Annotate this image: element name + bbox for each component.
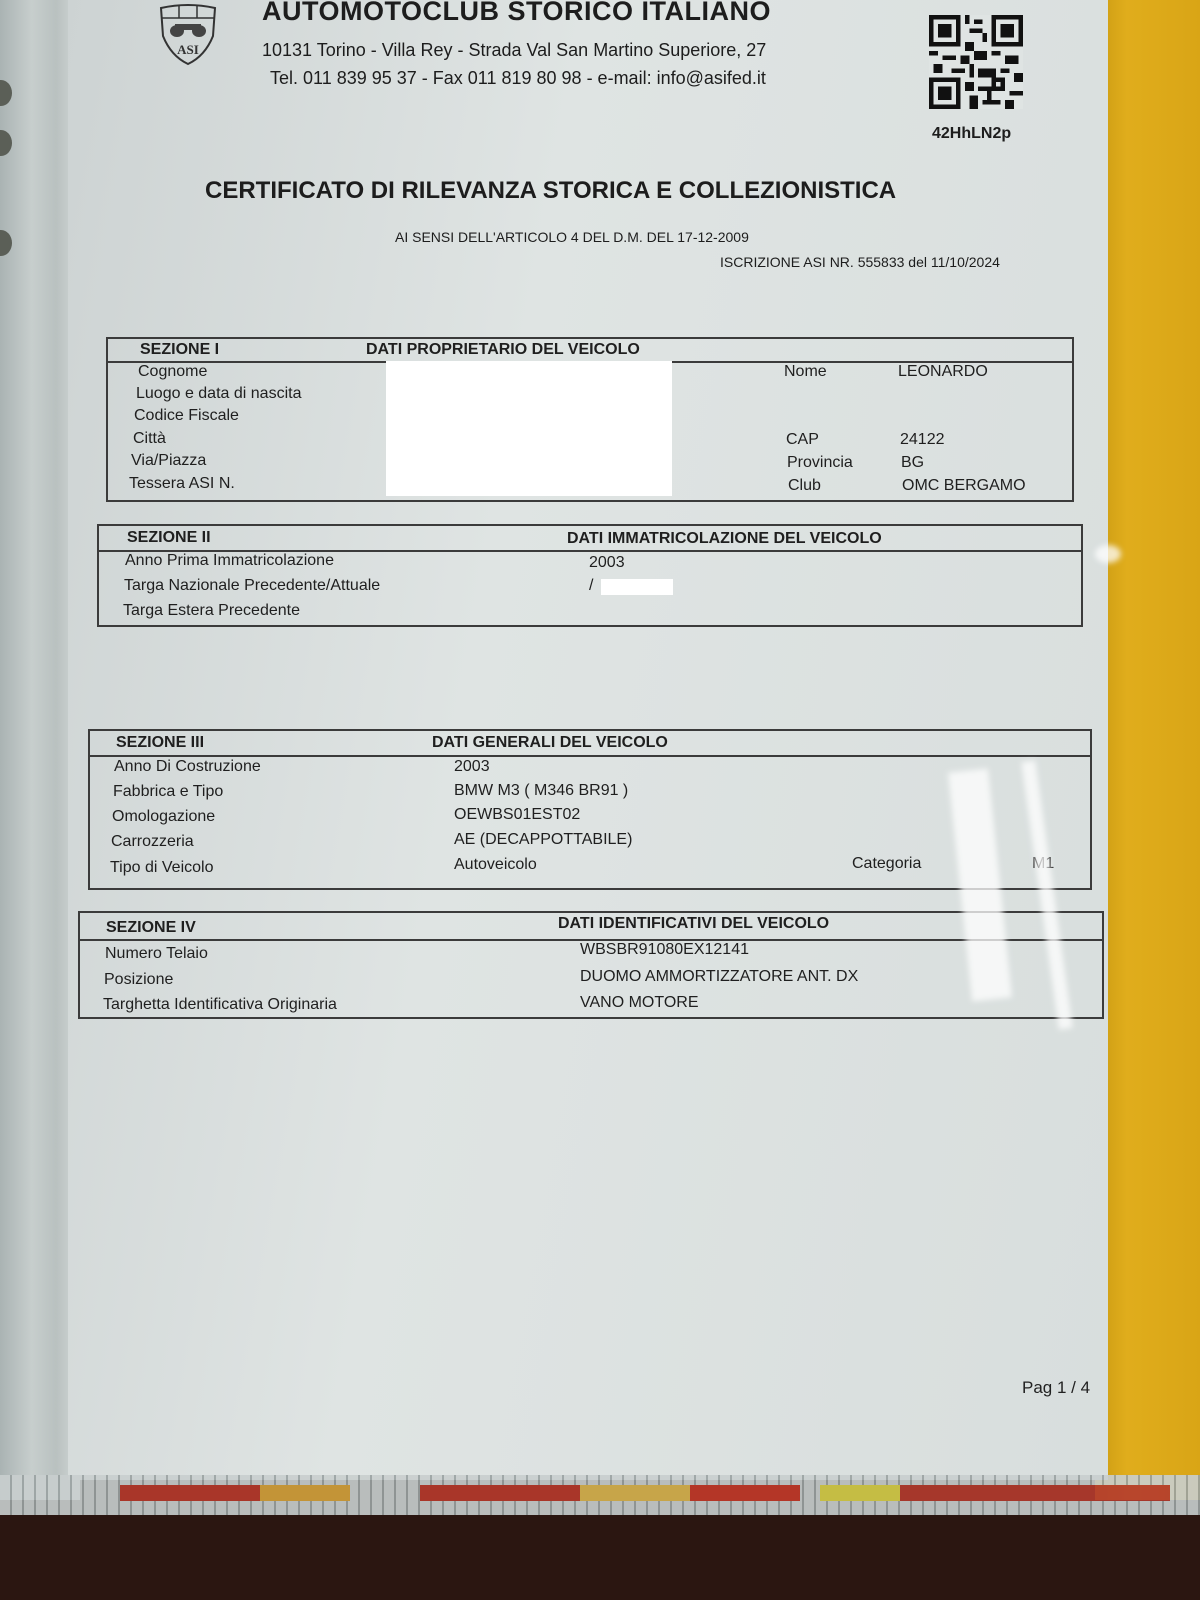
field-value: Autoveicolo bbox=[454, 856, 537, 874]
field-value: AE (DECAPPOTTABILE) bbox=[454, 831, 632, 849]
field-label: Tipo di Veicolo bbox=[110, 859, 213, 877]
field-value: LEONARDO bbox=[898, 363, 988, 381]
org-address: 10131 Torino - Villa Rey - Strada Val Sa… bbox=[262, 40, 766, 61]
field-value: BG bbox=[901, 454, 924, 472]
field-label: Cognome bbox=[138, 363, 207, 381]
field-value: / bbox=[589, 577, 593, 595]
section-title: DATI IMMATRICOLAZIONE DEL VEICOLO bbox=[567, 530, 882, 548]
field-label: Targhetta Identificativa Originaria bbox=[103, 996, 337, 1014]
section-title: DATI PROPRIETARIO DEL VEICOLO bbox=[366, 341, 640, 359]
field-value: WBSBR91080EX12141 bbox=[580, 941, 749, 959]
asi-logo-icon: ASI bbox=[155, 2, 221, 66]
binder-hole bbox=[0, 130, 12, 156]
field-value: OMC BERGAMO bbox=[902, 477, 1026, 495]
field-label: Posizione bbox=[104, 971, 173, 989]
field-label: Anno Di Costruzione bbox=[114, 758, 261, 776]
org-contacts: Tel. 011 839 95 37 - Fax 011 819 80 98 -… bbox=[270, 68, 766, 89]
legal-reference: AI SENSI DELL'ARTICOLO 4 DEL D.M. DEL 17… bbox=[395, 229, 749, 245]
field-label: Targa Nazionale Precedente/Attuale bbox=[124, 577, 380, 595]
registration-number: ISCRIZIONE ASI NR. 555833 del 11/10/2024 bbox=[720, 254, 1000, 270]
glare bbox=[1095, 545, 1121, 563]
svg-text:ASI: ASI bbox=[177, 42, 199, 57]
field-value: VANO MOTORE bbox=[580, 994, 699, 1012]
section-4-identification: SEZIONE IV DATI IDENTIFICATIVI DEL VEICO… bbox=[78, 911, 1104, 1019]
qr-code-icon bbox=[925, 15, 1027, 109]
field-label: Fabbrica e Tipo bbox=[113, 783, 223, 801]
field-label: Tessera ASI N. bbox=[129, 475, 235, 493]
field-label: Omologazione bbox=[112, 808, 215, 826]
section-label: SEZIONE IV bbox=[106, 919, 196, 937]
org-name: AUTOMOTOCLUB STORICO ITALIANO bbox=[262, 0, 771, 27]
desk-surface bbox=[0, 1515, 1200, 1600]
field-value: OEWBS01EST02 bbox=[454, 806, 580, 824]
section-label: SEZIONE II bbox=[127, 529, 211, 547]
section-3-general: SEZIONE III DATI GENERALI DEL VEICOLO An… bbox=[88, 729, 1092, 890]
section-title: DATI IDENTIFICATIVI DEL VEICOLO bbox=[558, 915, 829, 933]
section-2-registration: SEZIONE II DATI IMMATRICOLAZIONE DEL VEI… bbox=[97, 524, 1083, 627]
field-label: Targa Estera Precedente bbox=[123, 602, 300, 620]
field-value: 2003 bbox=[589, 554, 625, 572]
field-value: DUOMO AMMORTIZZATORE ANT. DX bbox=[580, 968, 858, 986]
section-title: DATI GENERALI DEL VEICOLO bbox=[432, 734, 668, 752]
redacted-owner-data bbox=[386, 361, 672, 496]
page-indicator: Pag 1 / 4 bbox=[1022, 1378, 1090, 1398]
section-label: SEZIONE III bbox=[116, 734, 204, 752]
field-label: Provincia bbox=[787, 454, 853, 472]
section-label: SEZIONE I bbox=[140, 341, 219, 359]
field-label: Città bbox=[133, 430, 166, 448]
binder-hole bbox=[0, 80, 12, 106]
yellow-folder bbox=[1095, 0, 1200, 1500]
field-label: Carrozzeria bbox=[111, 833, 194, 851]
section-1-owner: SEZIONE I DATI PROPRIETARIO DEL VEICOLO … bbox=[106, 337, 1074, 502]
field-value: 24122 bbox=[900, 431, 945, 449]
document-title: CERTIFICATO DI RILEVANZA STORICA E COLLE… bbox=[205, 177, 896, 205]
field-label: Nome bbox=[784, 363, 827, 381]
redacted-plate bbox=[601, 579, 673, 595]
field-value: 2003 bbox=[454, 758, 490, 776]
category-label: Categoria bbox=[852, 855, 921, 873]
field-label: Via/Piazza bbox=[131, 452, 206, 470]
binder-hole bbox=[0, 230, 12, 256]
field-label: Anno Prima Immatricolazione bbox=[125, 552, 334, 570]
qr-code-label: 42HhLN2p bbox=[932, 125, 1011, 143]
field-label: CAP bbox=[786, 431, 819, 449]
field-label: Luogo e data di nascita bbox=[136, 385, 301, 403]
field-value: BMW M3 ( M346 BR91 ) bbox=[454, 782, 628, 800]
field-label: Codice Fiscale bbox=[134, 407, 239, 425]
field-label: Numero Telaio bbox=[105, 945, 208, 963]
field-label: Club bbox=[788, 477, 821, 495]
sleeve-bottom-edge bbox=[0, 1475, 1200, 1515]
